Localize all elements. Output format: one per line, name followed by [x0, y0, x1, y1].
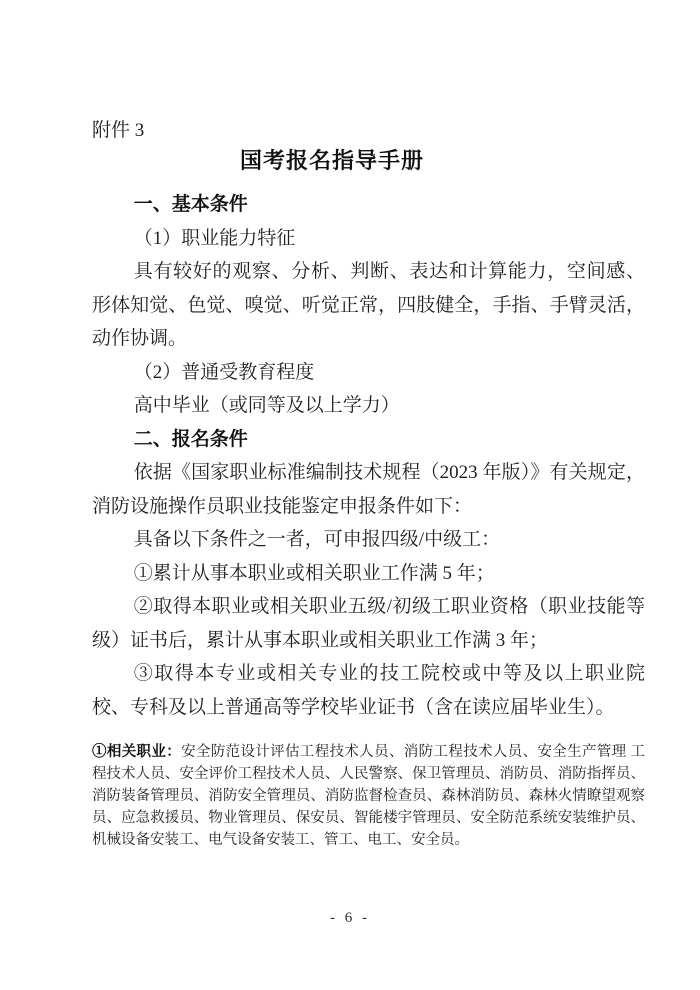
- paragraph-condition-1: ①累计从事本职业或相关职业工作满 5 年；: [92, 557, 645, 591]
- paragraph-ability-label: （1）职业能力特征: [92, 222, 645, 256]
- section-heading-basic-conditions: 一、基本条件: [92, 188, 645, 222]
- page-number: - 6 -: [0, 910, 700, 927]
- paragraph-regulation-basis: 依据《国家职业标准编制技术规程（2023 年版）》有关规定，消防设施操作员职业技…: [92, 456, 645, 523]
- paragraph-ability-detail: 具有较好的观察、分析、判断、表达和计算能力，空间感、形体知觉、色觉、嗅觉、听觉正…: [92, 255, 645, 356]
- document-body: 一、基本条件 （1）职业能力特征 具有较好的观察、分析、判断、表达和计算能力，空…: [92, 188, 645, 724]
- footnote-label: ①相关职业：: [92, 744, 181, 760]
- page-title: 国考报名指导手册: [92, 146, 572, 176]
- section-heading-registration-conditions: 二、报名条件: [92, 423, 645, 457]
- paragraph-condition-3: ③取得本专业或相关专业的技工院校或中等及以上职业院校、专科及以上普通高等学校毕业…: [92, 657, 645, 724]
- paragraph-education-detail: 高中毕业（或同等及以上学力）: [92, 389, 645, 423]
- footnote: ①相关职业：安全防范设计评估工程技术人员、消防工程技术人员、安全生产管理 工程技…: [92, 741, 645, 851]
- attachment-label: 附件 3: [92, 121, 144, 140]
- paragraph-education-label: （2）普通受教育程度: [92, 356, 645, 390]
- document-page: 附件 3 国考报名指导手册 一、基本条件 （1）职业能力特征 具有较好的观察、分…: [0, 0, 700, 990]
- paragraph-level-intro: 具备以下条件之一者，可申报四级/中级工：: [92, 523, 645, 557]
- paragraph-condition-2: ②取得本职业或相关职业五级/初级工职业资格（职业技能等级）证书后，累计从事本职业…: [92, 590, 645, 657]
